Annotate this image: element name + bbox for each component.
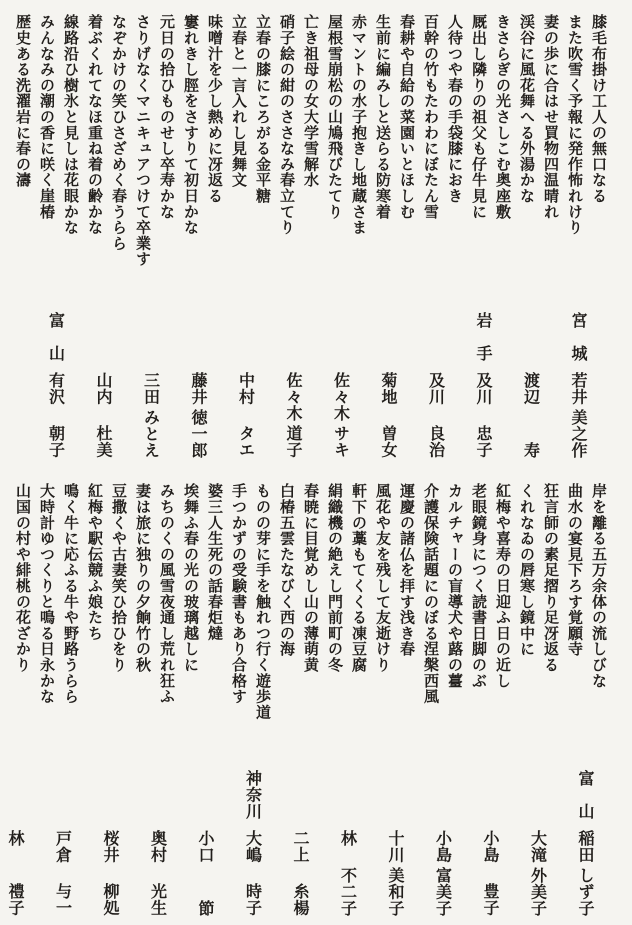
poem-column: 立春と一言入れし見舞文: [221, 14, 245, 272]
author-family-name: 小口: [196, 830, 212, 863]
author-given-name: 禮子: [6, 883, 22, 916]
poem-column: また吹雪く予報に発作怖れけり: [557, 14, 581, 272]
author-given-name: 外美子: [529, 867, 545, 917]
author-column: 藤井徳一郎: [158, 312, 206, 458]
poem-column: 軒下の藁もてくくる凍豆腐: [341, 483, 365, 725]
poem-column: 紅梅や駅伝競ふ娘たち: [77, 483, 101, 725]
author-column: 菊地曽女: [348, 312, 396, 458]
author-family-name: 二上: [291, 830, 307, 863]
author-given-name: 曽女: [379, 425, 395, 458]
author-column: 林不二子: [307, 770, 355, 916]
author-given-name: 豊子: [481, 883, 497, 916]
author-family-name: 戸倉: [54, 830, 70, 863]
author-given-name: 寿: [522, 442, 538, 459]
author-column: 林禮子: [0, 770, 22, 916]
author-column: 三田みとえ: [110, 312, 158, 458]
poem-column: 手つかずの受験書もあり合格す: [221, 483, 245, 725]
poem-column: 絹織機の絶えし門前町の冬: [317, 483, 341, 725]
prefecture-label: 神奈川: [244, 770, 260, 820]
poem-column: 春耕や自給の菜園いとほしむ: [389, 14, 413, 272]
poem-column: 膝毛布掛け工人の無口なる: [581, 14, 605, 272]
poem-column: 風花や友を残して友逝けり: [365, 483, 389, 725]
author-given-name: 光生: [149, 883, 165, 916]
poem-column: 介護保険話題にのぼる涅槃西風: [413, 483, 437, 725]
author-given-name: しず子: [576, 867, 592, 917]
poem-column: みんなみの潮の香に咲く崖椿: [29, 14, 53, 272]
author-family-name: 十川: [386, 830, 402, 863]
author-given-name: 柳処: [101, 883, 117, 916]
author-family-name: 大嶋: [244, 830, 260, 863]
poem-column: 狂言師の素足摺り足冴返る: [533, 483, 557, 725]
author-column: 渡辺寿: [490, 312, 538, 458]
author-family-name: 渡辺: [522, 372, 538, 405]
top-poems-block: 膝毛布掛け工人の無口なるまた吹雪く予報に発作怖れけり妻の歩に合はせ買物四温晴れ渓…: [5, 14, 605, 272]
author-column: 小口節: [165, 770, 213, 916]
author-given-name: タエ: [237, 425, 253, 458]
author-given-name: 朝子: [47, 425, 63, 458]
author-column: 山内杜美: [63, 312, 111, 458]
author-family-name: 中村: [237, 372, 253, 405]
poem-column: 岸を離る五万余体の流しびな: [581, 483, 605, 725]
author-given-name: 良治: [427, 425, 443, 458]
author-family-name: 藤井: [189, 372, 205, 405]
author-given-name: 美之作: [569, 409, 585, 459]
scanned-poetry-page: 膝毛布掛け工人の無口なるまた吹雪く予報に発作怖れけり妻の歩に合はせ買物四温晴れ渓…: [0, 0, 632, 925]
poem-column: さりげなくマニキュアつけて卒業す: [125, 14, 149, 272]
author-given-name: みとえ: [142, 409, 158, 459]
author-given-name: 糸楊: [291, 883, 307, 916]
author-column: 神奈川大嶋時子: [212, 770, 260, 916]
poem-column: なぞかけの笑ひさざめく春うらら: [101, 14, 125, 272]
author-family-name: 大滝: [529, 830, 545, 863]
author-given-name: 道子: [284, 425, 300, 458]
poem-column: 大時計ゆつくりと鳴る日永かな: [29, 483, 53, 725]
author-column: 奥村光生: [117, 770, 165, 916]
poem-column: 妻は旅に独りの夕餉竹の秋: [125, 483, 149, 725]
author-family-name: 林: [6, 830, 22, 847]
poem-column: 味噌汁を少し熱めに冴返る: [197, 14, 221, 272]
poem-column: 立春の膝にころがる金平糖: [245, 14, 269, 272]
poem-column: カルチャーの盲導犬や蕗の薹: [437, 483, 461, 725]
author-column: 及川良治: [395, 312, 443, 458]
author-column: 桜井柳処: [70, 770, 118, 916]
author-family-name: 稲田: [576, 830, 592, 863]
bottom-poems-block: 岸を離る五万余体の流しびな曲水の宴見下ろす覚願寺狂言師の素足摺り足冴返るくれなゐ…: [5, 483, 605, 725]
poem-column: ものの芽に手を触れつ行く遊歩道: [245, 483, 269, 725]
poem-column: 窶れきし脛をさすりて初日かな: [173, 14, 197, 272]
author-given-name: 不二子: [339, 867, 355, 917]
author-column: 佐々木道子: [253, 312, 301, 458]
author-column: 戸倉与一: [22, 770, 70, 916]
author-family-name: 若井: [569, 372, 585, 405]
poem-column: 老眼鏡身につく読書日脚のぶ: [461, 483, 485, 725]
author-family-name: 小島: [481, 830, 497, 863]
poem-column: 元日の拾ひものせし卒寿かな: [149, 14, 173, 272]
author-family-name: 及川: [427, 372, 443, 405]
author-given-name: 忠子: [474, 425, 490, 458]
poem-column: 屋根雪崩松の山鳩飛びたてり: [317, 14, 341, 272]
poem-column: 渓谷に風花舞へる外湯かな: [509, 14, 533, 272]
author-column: 佐々木サキ: [300, 312, 348, 458]
poem-column: 山国の村や緋桃の花ざかり: [5, 483, 29, 725]
poem-column: 歴史ある洗濯岩に春の濤: [5, 14, 29, 272]
poem-column: 紅梅や喜寿の日迎ふ日の近し: [485, 483, 509, 725]
author-family-name: 奥村: [149, 830, 165, 863]
poem-column: 人待つや春の手袋膝におき: [437, 14, 461, 272]
poem-column: 豆撒くや古妻笑ひ拾ひをり: [101, 483, 125, 725]
poem-column: 線路沿ひ樹氷と見しは花眼かな: [53, 14, 77, 272]
author-given-name: 節: [196, 900, 212, 917]
author-given-name: 与一: [54, 883, 70, 916]
author-column: 大滝外美子: [497, 770, 545, 916]
poem-column: 百幹の竹もたわわにぼたん雪: [413, 14, 437, 272]
poem-column: 埃舞ふ春の光の玻璃越しに: [173, 483, 197, 725]
author-family-name: 佐々木: [332, 372, 348, 422]
prefecture-label: 富 山: [47, 312, 63, 362]
author-family-name: 佐々木: [284, 372, 300, 422]
author-column: 宮 城若井美之作: [538, 312, 586, 458]
poem-column: 春暁に目覚めし山の薄萌黄: [293, 483, 317, 725]
prefecture-label: 富 山: [576, 770, 592, 820]
top-authors-block: 宮 城若井美之作渡辺寿岩 手及川忠子及川良治菊地曽女佐々木サキ佐々木道子中村タエ…: [15, 312, 585, 458]
author-column: 富 山有沢朝子: [15, 312, 63, 458]
prefecture-label: 宮 城: [569, 312, 585, 362]
poem-column: 亡き祖母の女大学雪解水: [293, 14, 317, 272]
poem-column: きさらぎの光さしこむ奥座敷: [485, 14, 509, 272]
author-family-name: 小島: [434, 830, 450, 863]
poem-column: 生前に編みしと送らる防寒着: [365, 14, 389, 272]
author-given-name: サキ: [332, 425, 348, 458]
author-family-name: 山内: [94, 372, 110, 405]
author-given-name: 時子: [244, 883, 260, 916]
poem-column: 運慶の諸仏を拝す浅き春: [389, 483, 413, 725]
author-column: 富 山稲田しず子: [545, 770, 593, 916]
author-column: 小島豊子: [450, 770, 498, 916]
author-family-name: 有沢: [47, 372, 63, 405]
poem-column: 婆三人生死の話春炬燵: [197, 483, 221, 725]
author-given-name: 美和子: [386, 867, 402, 917]
author-column: 小島富美子: [402, 770, 450, 916]
author-family-name: 菊地: [379, 372, 395, 405]
author-family-name: 及川: [474, 372, 490, 405]
author-family-name: 林: [339, 830, 355, 847]
author-family-name: 三田: [142, 372, 158, 405]
poem-column: 硝子絵の紺のささなみ春立てり: [269, 14, 293, 272]
poem-column: 妻の歩に合はせ買物四温晴れ: [533, 14, 557, 272]
bottom-authors-block: 富 山稲田しず子大滝外美子小島豊子小島富美子十川美和子林不二子二上糸楊神奈川大嶋…: [0, 770, 592, 916]
author-given-name: 徳一郎: [189, 409, 205, 459]
author-column: 二上糸楊: [260, 770, 308, 916]
poem-column: 厩出し隣りの祖父も仔牛見に: [461, 14, 485, 272]
poem-column: 曲水の宴見下ろす覚願寺: [557, 483, 581, 725]
poem-column: 白椿五雲たなびく西の海: [269, 483, 293, 725]
author-given-name: 富美子: [434, 867, 450, 917]
prefecture-label: 岩 手: [474, 312, 490, 362]
author-column: 岩 手及川忠子: [443, 312, 491, 458]
poem-column: くれなゐの唇寒し鏡中に: [509, 483, 533, 725]
poem-column: 着ぶくれてなほ重ね着の齢かな: [77, 14, 101, 272]
poem-column: 鳴く牛に応ふる牛や野路うらら: [53, 483, 77, 725]
author-column: 十川美和子: [355, 770, 403, 916]
author-column: 中村タエ: [205, 312, 253, 458]
author-family-name: 桜井: [101, 830, 117, 863]
poem-column: 赤マントの水子抱きし地蔵さま: [341, 14, 365, 272]
poem-column: みちのくの風雪夜通し荒れ狂ふ: [149, 483, 173, 725]
author-given-name: 杜美: [94, 425, 110, 458]
